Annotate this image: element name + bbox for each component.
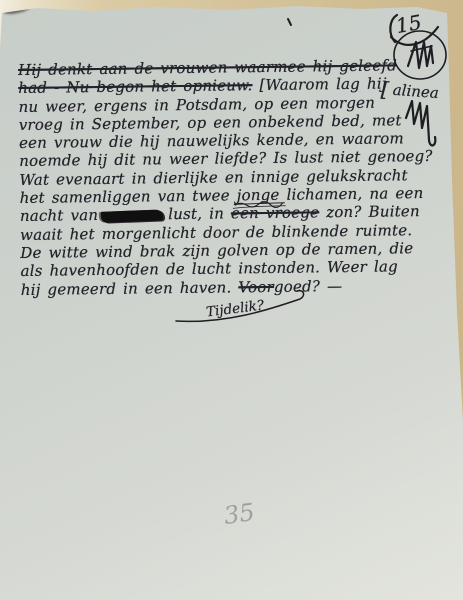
line-text: zon? Buiten	[326, 202, 420, 221]
struck-text: Voor	[238, 277, 274, 295]
interlined-note: Tijdelik?	[205, 298, 265, 321]
line-text: [Waarom lag hij	[259, 75, 386, 95]
struck-text-with-insertion: een vroege	[231, 204, 319, 223]
manuscript-line: hij gemeerd in een haven. Voorgoed? —	[21, 275, 439, 298]
inked-out-word	[101, 210, 163, 223]
manuscript-page: 15 Hij denkt aan de vrouwen waarmee hij …	[0, 0, 463, 600]
illegible-struck-insertion	[233, 195, 287, 206]
alinea-bracket: [	[380, 77, 389, 101]
pencil-number: 35	[222, 498, 256, 530]
page-number: 15	[394, 10, 423, 38]
line-text: nacht van	[20, 206, 99, 225]
margin-note-alinea: [alinea	[380, 77, 439, 105]
line-text: lust, in	[168, 205, 224, 224]
ink-dot	[288, 19, 291, 25]
line-text: goed? —	[274, 277, 343, 296]
line-text: hij gemeerd in een haven.	[21, 278, 232, 299]
photo-background: 15 Hij denkt aan de vrouwen waarmee hij …	[0, 0, 463, 600]
alinea-label: alinea	[392, 81, 439, 102]
handwritten-text: Hij denkt aan de vrouwen waarmee hij gel…	[18, 56, 439, 299]
